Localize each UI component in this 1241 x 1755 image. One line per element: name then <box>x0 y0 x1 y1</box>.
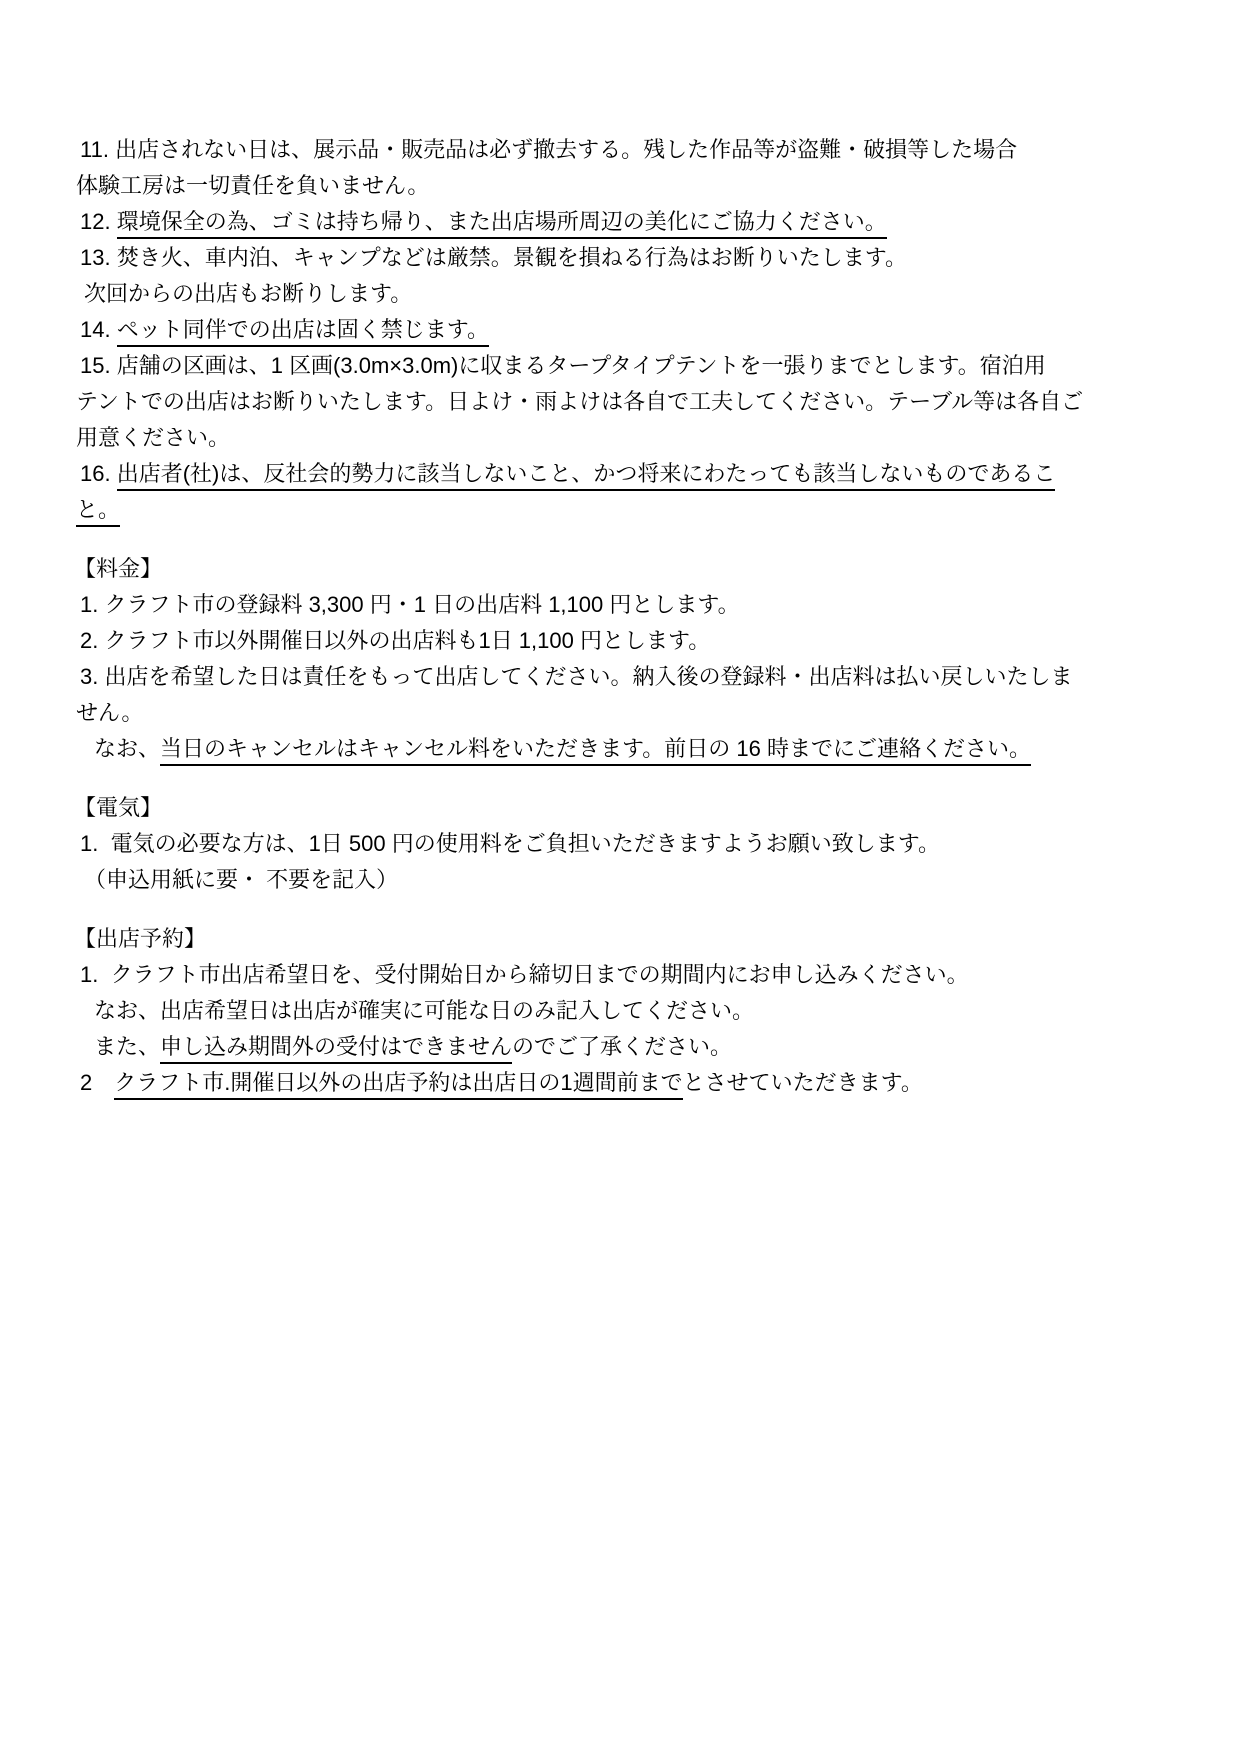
text-segment: 13. 焚き火、車内泊、キャンプなどは厳禁。景観を損ねる行為はお断りいたします。 <box>80 245 907 270</box>
section-fees: 【料金】1. クラフト市の登録料 3,300 円・1 日の出店料 1,100 円… <box>74 551 1181 767</box>
text-line: （申込用紙に要・ 不要を記入） <box>74 862 1181 898</box>
section-reservation: 【出店予約】1. クラフト市出店希望日を、受付開始日から締切日までの期間内にお申… <box>74 921 1181 1101</box>
text-segment: なお、出店希望日は出店が確実に可能な日のみ記入してください。 <box>94 998 754 1023</box>
text-line: 2 クラフト市.開催日以外の出店予約は出店日の1週間前までとさせていただきます。 <box>74 1065 1181 1101</box>
text-line: と。 <box>74 492 1181 528</box>
text-line: 13. 焚き火、車内泊、キャンプなどは厳禁。景観を損ねる行為はお断りいたします。 <box>74 240 1181 276</box>
text-segment: 用意ください。 <box>76 425 230 450</box>
text-segment: 11. 出店されない日は、展示品・販売品は必ず撤去する。残した作品等が盗難・破損… <box>80 137 1017 162</box>
text-segment: のでご了承ください。 <box>512 1034 732 1059</box>
text-line: せん。 <box>74 695 1181 731</box>
text-line: 11. 出店されない日は、展示品・販売品は必ず撤去する。残した作品等が盗難・破損… <box>74 132 1181 168</box>
text-line: 12. 環境保全の為、ゴミは持ち帰り、また出店場所周辺の美化にご協力ください。 <box>74 204 1181 240</box>
text-line: 2. クラフト市以外開催日以外の出店料も1日 1,100 円とします。 <box>74 623 1181 659</box>
section-heading-reservation: 【出店予約】 <box>74 921 1181 957</box>
text-segment: （申込用紙に要・ 不要を記入） <box>84 867 398 892</box>
text-line: なお、出店希望日は出店が確実に可能な日のみ記入してください。 <box>74 993 1181 1029</box>
underlined-text-segment: クラフト市.開催日以外の出店予約は出店日の1週間前まで <box>114 1070 682 1100</box>
text-segment: なお、 <box>94 736 160 761</box>
text-segment: 体験工房は一切責任を負いません。 <box>76 173 429 198</box>
underlined-text-segment: 申し込み期間外の受付はできません <box>160 1034 512 1064</box>
text-segment: 1. クラフト市出店希望日を、受付開始日から締切日までの期間内にお申し込みくださ… <box>80 962 969 987</box>
text-segment: また、 <box>94 1034 160 1059</box>
text-segment: せん。 <box>76 700 143 725</box>
underlined-text-segment: 出店者(社)は、反社会的勢力に該当しないこと、かつ将来にわたっても該当しないもの… <box>117 461 1056 491</box>
section-rules-continued: 11. 出店されない日は、展示品・販売品は必ず撤去する。残した作品等が盗難・破損… <box>74 132 1181 528</box>
text-line: 1. 電気の必要な方は、1日 500 円の使用料をご負担いただきますようお願い致… <box>74 826 1181 862</box>
text-line: 16. 出店者(社)は、反社会的勢力に該当しないこと、かつ将来にわたっても該当し… <box>74 456 1181 492</box>
text-line: 1. クラフト市の登録料 3,300 円・1 日の出店料 1,100 円とします… <box>74 587 1181 623</box>
text-line: 15. 店舗の区画は、1 区画(3.0m×3.0m)に収まるタープタイプテントを… <box>74 348 1181 384</box>
text-segment: 16. <box>80 461 117 486</box>
section-electricity: 【電気】1. 電気の必要な方は、1日 500 円の使用料をご負担いただきますよう… <box>74 790 1181 898</box>
text-segment: 1. クラフト市の登録料 3,300 円・1 日の出店料 1,100 円とします… <box>80 592 740 617</box>
text-line: 3. 出店を希望した日は責任をもって出店してください。納入後の登録料・出店料は払… <box>74 659 1181 695</box>
text-segment: 2. クラフト市以外開催日以外の出店料も1日 1,100 円とします。 <box>80 628 710 653</box>
text-segment: テントでの出店はお断りいたします。日よけ・雨よけは各自で工夫してください。テーブ… <box>76 389 1083 414</box>
underlined-text-segment: 環境保全の為、ゴミは持ち帰り、また出店場所周辺の美化にご協力ください。 <box>117 209 887 239</box>
text-segment: 14. <box>80 317 117 342</box>
underlined-text-segment: 当日のキャンセルはキャンセル料をいただきます。前日の 16 時までにご連絡くださ… <box>160 736 1031 766</box>
text-segment: 12. <box>80 209 117 234</box>
underlined-text-segment: と。 <box>76 497 120 527</box>
text-line: テントでの出店はお断りいたします。日よけ・雨よけは各自で工夫してください。テーブ… <box>74 384 1181 420</box>
text-segment: 15. 店舗の区画は、1 区画(3.0m×3.0m)に収まるタープタイプテントを… <box>80 353 1046 378</box>
text-line: 体験工房は一切責任を負いません。 <box>74 168 1181 204</box>
underlined-text-segment: ペット同伴での出店は固く禁じます。 <box>117 317 489 347</box>
text-segment: とさせていただきます。 <box>683 1070 923 1095</box>
section-heading-electricity: 【電気】 <box>74 790 1181 826</box>
text-line: また、申し込み期間外の受付はできませんのでご了承ください。 <box>74 1029 1181 1065</box>
section-heading-fees: 【料金】 <box>74 551 1181 587</box>
text-line: 14. ペット同伴での出店は固く禁じます。 <box>74 312 1181 348</box>
text-segment: 次回からの出店もお断りします。 <box>84 281 412 306</box>
text-segment: 2 <box>80 1070 114 1095</box>
text-segment: 1. 電気の必要な方は、1日 500 円の使用料をご負担いただきますようお願い致… <box>80 831 940 856</box>
text-segment: 3. 出店を希望した日は責任をもって出店してください。納入後の登録料・出店料は払… <box>80 664 1072 689</box>
text-line: 1. クラフト市出店希望日を、受付開始日から締切日までの期間内にお申し込みくださ… <box>74 957 1181 993</box>
text-line: 次回からの出店もお断りします。 <box>74 276 1181 312</box>
text-line: なお、当日のキャンセルはキャンセル料をいただきます。前日の 16 時までにご連絡… <box>74 731 1181 767</box>
text-line: 用意ください。 <box>74 420 1181 456</box>
document-page: 11. 出店されない日は、展示品・販売品は必ず撤去する。残した作品等が盗難・破損… <box>0 0 1241 1101</box>
